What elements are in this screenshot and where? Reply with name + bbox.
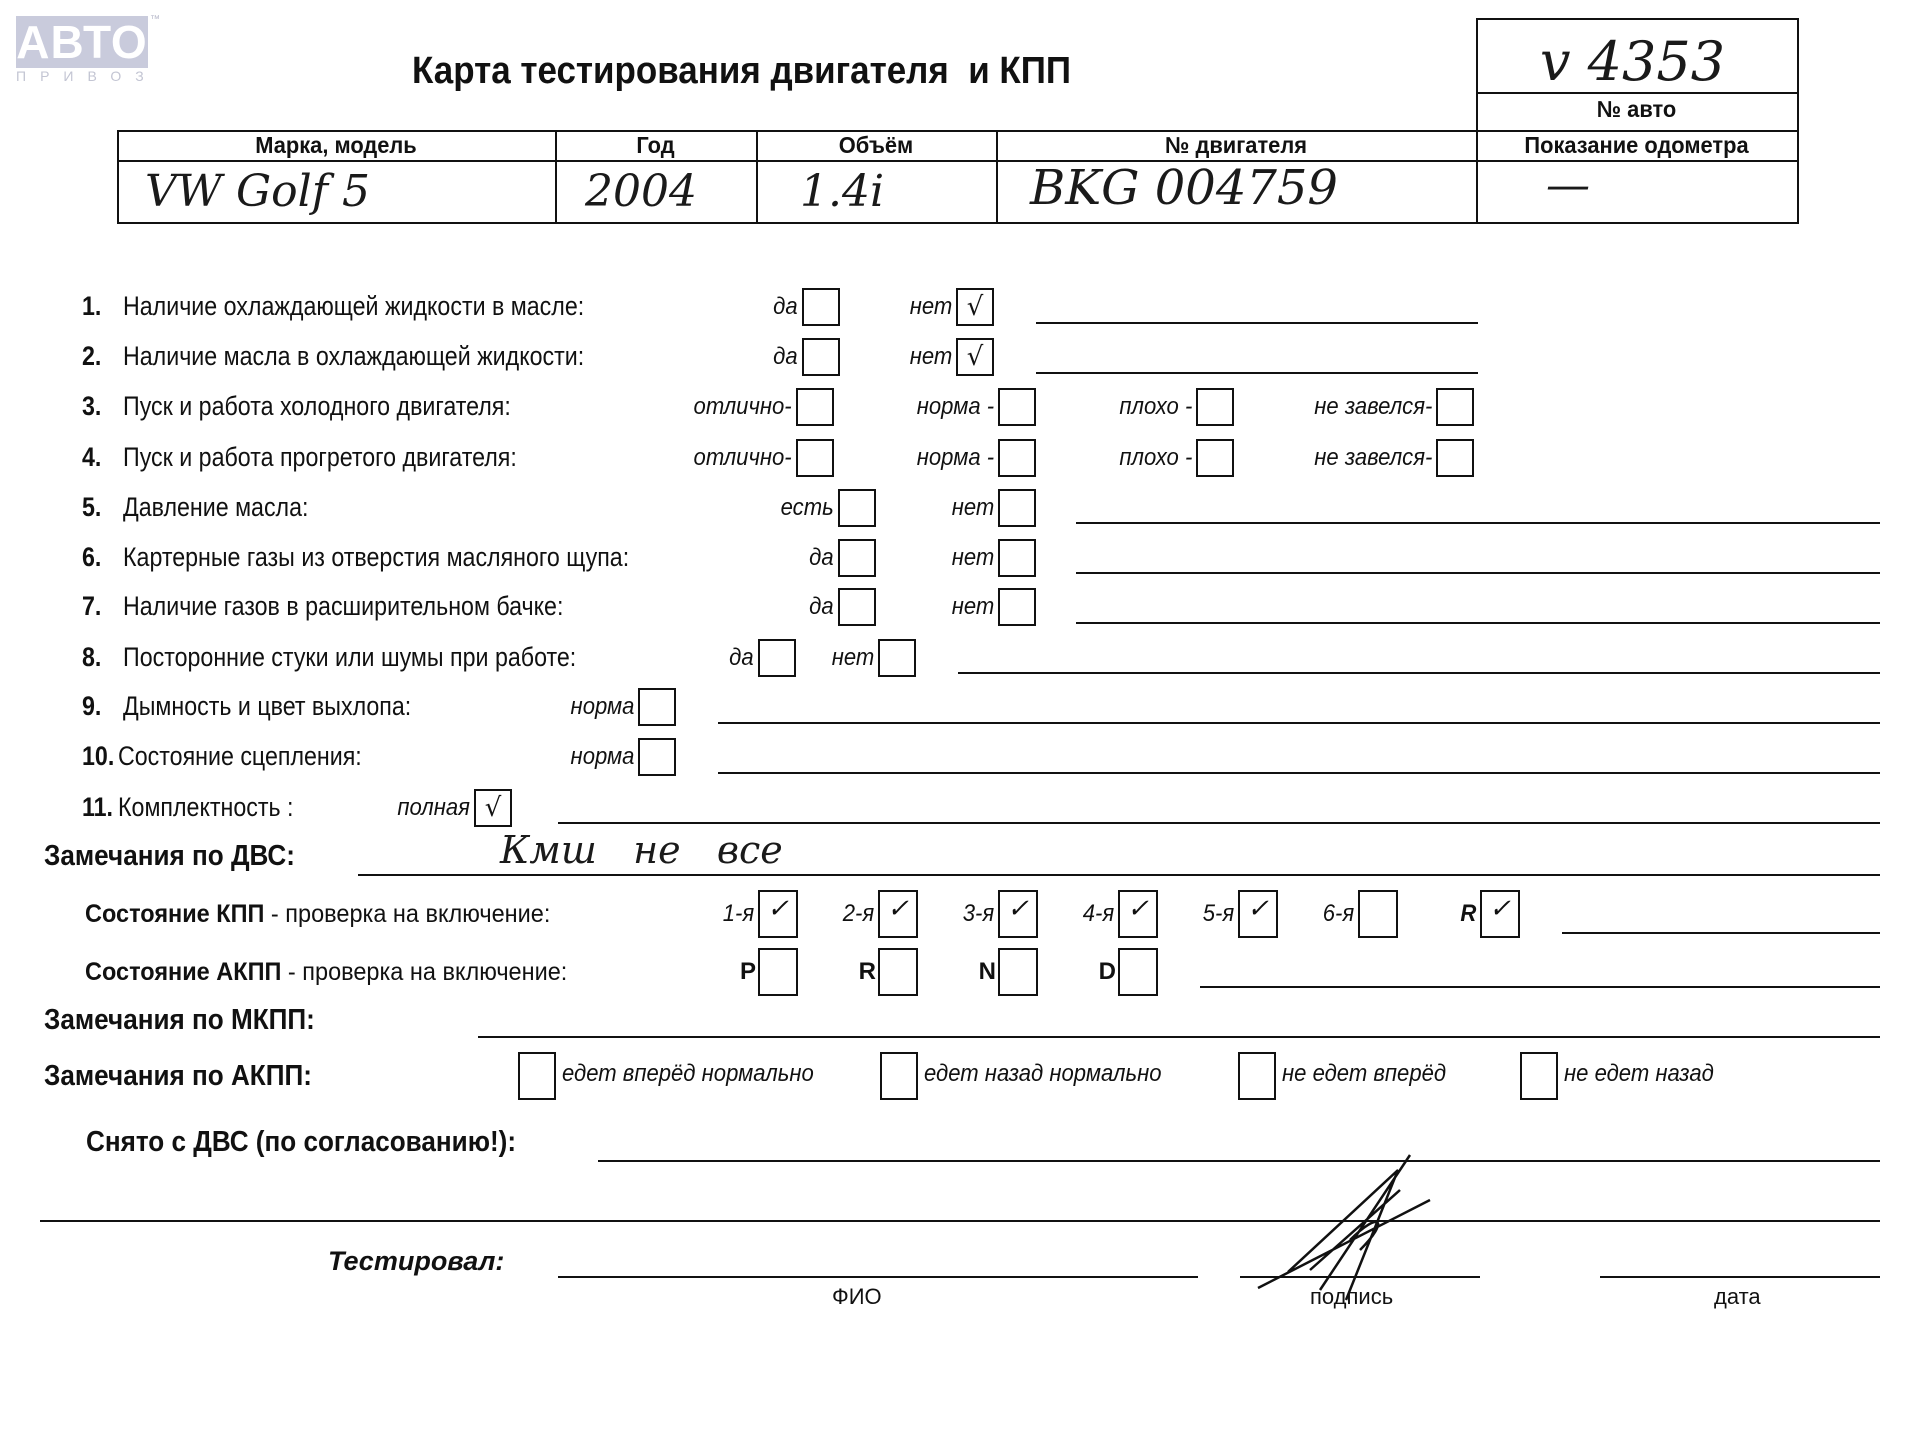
remark-option-label: не едет назад xyxy=(1564,1060,1714,1088)
position-checkbox[interactable] xyxy=(878,948,918,996)
remark-option-label: едет назад нормально xyxy=(924,1060,1162,1088)
auto-gearbox-label: Состояние АКПП - проверка на включение: xyxy=(85,958,567,987)
gear-checkbox[interactable] xyxy=(1358,890,1398,938)
gear-label: 3-я xyxy=(963,900,994,928)
manual-remarks-label: Замечания по МКПП: xyxy=(44,1004,315,1037)
header-col-odometer: Показание одометра xyxy=(1484,132,1789,159)
logo-trademark: ™ xyxy=(150,14,160,25)
position-label: D xyxy=(1099,958,1116,986)
checklist-item-number: 11. xyxy=(82,792,113,823)
remark-option-label: не едет вперёд xyxy=(1282,1060,1446,1088)
checklist-item-label: Состояние сцепления: xyxy=(118,741,362,772)
option-label: нет xyxy=(909,343,952,371)
value-volume[interactable]: 1.4i xyxy=(800,166,884,217)
gear-checkbox[interactable]: ✓ xyxy=(1118,890,1158,938)
gear-checkbox[interactable]: ✓ xyxy=(998,890,1038,938)
logo-subtitle: ПРИВОЗ xyxy=(16,68,148,84)
header-col-volume: Объём xyxy=(762,132,990,159)
option-label: норма xyxy=(570,693,634,721)
option-label: не завелся- xyxy=(1314,393,1432,421)
option-label: плохо - xyxy=(1119,444,1192,472)
remark-checkbox[interactable] xyxy=(1238,1052,1276,1100)
checklist-item-label: Комплектность : xyxy=(118,792,293,823)
checklist-item-number: 1. xyxy=(82,291,101,322)
gear-label: 2-я xyxy=(843,900,874,928)
header-col-engine-number: № двигателя xyxy=(1008,132,1464,159)
checkbox[interactable] xyxy=(838,489,876,527)
checkbox[interactable] xyxy=(758,639,796,677)
gear-label: R xyxy=(1460,900,1476,928)
signature-scribble xyxy=(1250,1150,1490,1330)
option-label: нет xyxy=(951,494,994,522)
checklist-item-label: Пуск и работа холодного двигателя: xyxy=(123,391,511,422)
checkbox[interactable] xyxy=(998,489,1036,527)
gear-label: 5-я xyxy=(1203,900,1234,928)
gear-checkbox[interactable]: ✓ xyxy=(1480,890,1520,938)
checkbox[interactable] xyxy=(998,588,1036,626)
option-label: да xyxy=(774,343,798,371)
checkbox[interactable] xyxy=(802,338,840,376)
gear-checkbox[interactable]: ✓ xyxy=(758,890,798,938)
value-car-number[interactable]: v 4353 xyxy=(1540,30,1725,93)
checkbox[interactable] xyxy=(802,288,840,326)
auto-gearbox-label-bold: Состояние АКПП xyxy=(85,958,281,986)
option-label: нет xyxy=(909,293,952,321)
checkbox[interactable] xyxy=(796,439,834,477)
option-label: отлично- xyxy=(694,393,792,421)
checkbox[interactable] xyxy=(638,738,676,776)
checklist-item-label: Дымность и цвет выхлопа: xyxy=(123,691,411,722)
checklist-item-label: Наличие охлаждающей жидкости в масле: xyxy=(123,291,584,322)
header-col-year: Год xyxy=(560,132,751,159)
position-checkbox[interactable] xyxy=(758,948,798,996)
remark-checkbox[interactable] xyxy=(880,1052,918,1100)
remark-checkbox[interactable] xyxy=(518,1052,556,1100)
checkbox[interactable] xyxy=(638,688,676,726)
car-number-label: № авто xyxy=(1484,96,1789,123)
checklist-item-number: 2. xyxy=(82,341,101,372)
option-label: да xyxy=(810,544,834,572)
checklist-item-number: 3. xyxy=(82,391,101,422)
value-engine-number[interactable]: BKG 004759 xyxy=(1030,160,1338,216)
checklist-item-number: 4. xyxy=(82,442,101,473)
option-label: полная xyxy=(397,794,470,822)
position-label: R xyxy=(859,958,876,986)
option-label: есть xyxy=(781,494,834,522)
removed-label: Снято с ДВС (по согласованию!): xyxy=(86,1126,516,1159)
checklist-item-label: Наличие газов в расширительном бачке: xyxy=(123,591,563,622)
checkbox[interactable] xyxy=(1196,439,1234,477)
option-label: плохо - xyxy=(1119,393,1192,421)
option-label: нет xyxy=(951,544,994,572)
remark-option-label: едет вперёд нормально xyxy=(562,1060,814,1088)
option-label: отлично- xyxy=(694,444,792,472)
option-label: не завелся- xyxy=(1314,444,1432,472)
option-label: норма - xyxy=(917,444,994,472)
checkbox[interactable] xyxy=(838,588,876,626)
option-label: нет xyxy=(831,644,874,672)
date-caption: дата xyxy=(1714,1284,1761,1310)
checklist-item-number: 9. xyxy=(82,691,101,722)
value-model[interactable]: VW Golf 5 xyxy=(145,166,370,217)
checklist-item-number: 6. xyxy=(82,542,101,573)
checkbox[interactable] xyxy=(998,439,1036,477)
checkbox[interactable] xyxy=(1196,388,1234,426)
option-label: норма - xyxy=(917,393,994,421)
option-label: нет xyxy=(951,593,994,621)
logo: АВТО xyxy=(16,16,148,68)
checklist-item-label: Наличие масла в охлаждающей жидкости: xyxy=(123,341,584,372)
checkbox[interactable] xyxy=(796,388,834,426)
manual-gearbox-label-bold: Состояние КПП xyxy=(85,900,264,928)
value-odometer[interactable]: — xyxy=(1546,160,1590,211)
engine-remarks-label: Замечания по ДВС: xyxy=(44,840,295,873)
checklist-item-number: 8. xyxy=(82,642,101,673)
checklist-item-label: Посторонние стуки или шумы при работе: xyxy=(123,642,576,673)
option-label: норма xyxy=(570,743,634,771)
checklist-item-label: Давление масла: xyxy=(123,492,308,523)
tested-label: Тестировал: xyxy=(328,1246,504,1277)
checkbox[interactable]: √ xyxy=(474,789,512,827)
checkbox[interactable] xyxy=(878,639,916,677)
position-label: N xyxy=(979,958,996,986)
gear-label: 1-я xyxy=(723,900,754,928)
engine-remarks-value[interactable]: Кмш не все xyxy=(500,828,783,872)
position-label: P xyxy=(740,958,756,986)
position-checkbox[interactable] xyxy=(998,948,1038,996)
header-col-model: Марка, модель xyxy=(128,132,544,159)
checklist-item-number: 7. xyxy=(82,591,101,622)
checklist-item-label: Пуск и работа прогретого двигателя: xyxy=(123,442,517,473)
checklist-item-number: 5. xyxy=(82,492,101,523)
auto-remarks-label: Замечания по АКПП: xyxy=(44,1060,312,1093)
page-title: Карта тестирования двигателя и КПП xyxy=(412,50,1071,93)
checkbox[interactable] xyxy=(1436,439,1474,477)
value-year[interactable]: 2004 xyxy=(585,166,697,217)
gear-label: 4-я xyxy=(1083,900,1114,928)
option-label: да xyxy=(774,293,798,321)
auto-gearbox-label-rest: - проверка на включение: xyxy=(281,958,567,986)
checkbox[interactable] xyxy=(838,539,876,577)
option-label: да xyxy=(730,644,754,672)
checklist-item-label: Картерные газы из отверстия масляного щу… xyxy=(123,542,629,573)
checkbox[interactable] xyxy=(1436,388,1474,426)
remark-checkbox[interactable] xyxy=(1520,1052,1558,1100)
checkbox[interactable] xyxy=(998,539,1036,577)
gear-checkbox[interactable]: ✓ xyxy=(1238,890,1278,938)
gear-label: 6-я xyxy=(1323,900,1354,928)
checkbox[interactable]: √ xyxy=(956,338,994,376)
position-checkbox[interactable] xyxy=(1118,948,1158,996)
checkbox[interactable]: √ xyxy=(956,288,994,326)
gear-checkbox[interactable]: ✓ xyxy=(878,890,918,938)
name-caption: ФИО xyxy=(832,1284,882,1310)
manual-gearbox-label-rest: - проверка на включение: xyxy=(264,900,550,928)
option-label: да xyxy=(810,593,834,621)
manual-gearbox-label: Состояние КПП - проверка на включение: xyxy=(85,900,550,929)
checklist-item-number: 10. xyxy=(82,741,114,772)
checkbox[interactable] xyxy=(998,388,1036,426)
